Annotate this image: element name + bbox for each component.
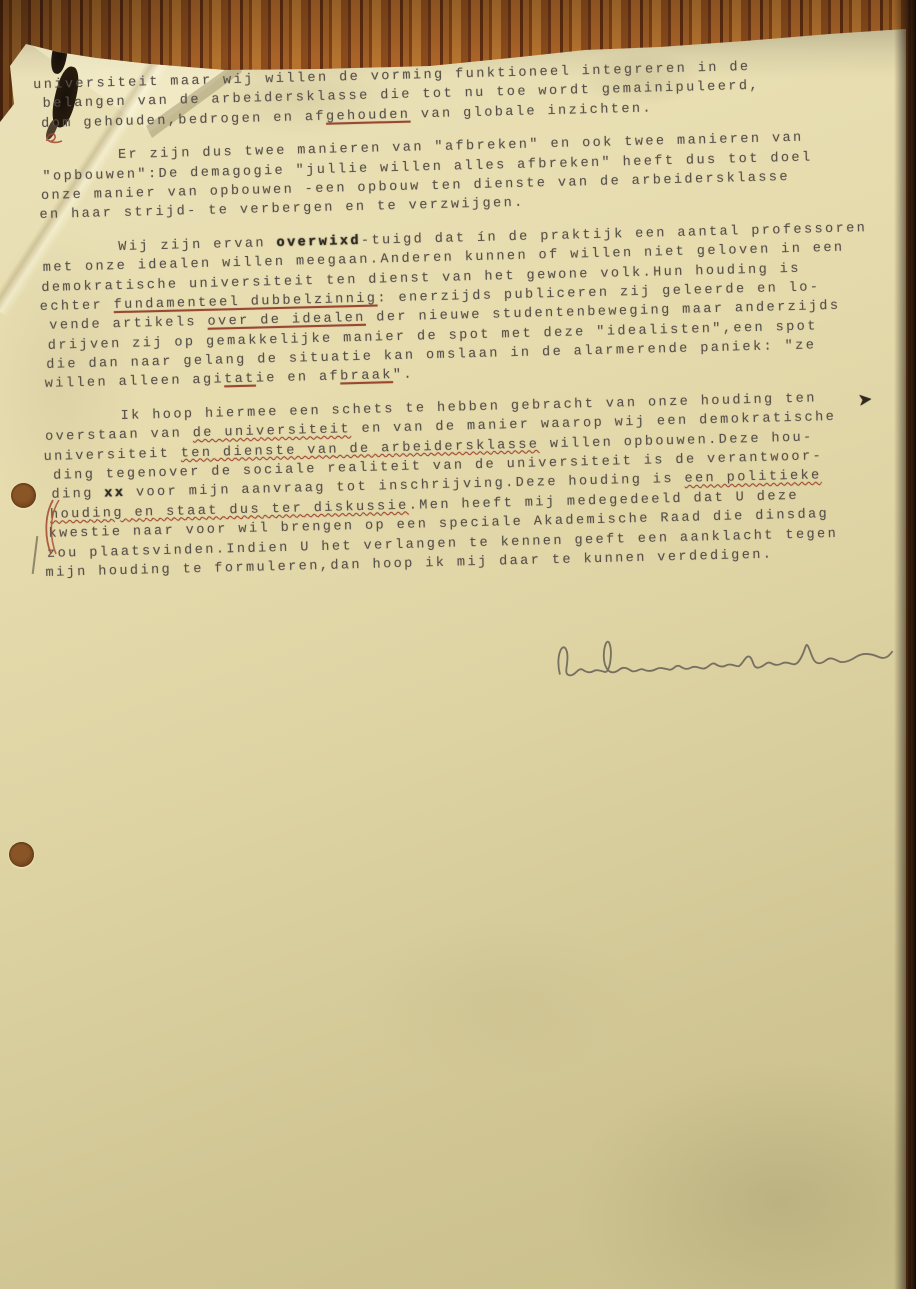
pencil-mark <box>32 536 39 574</box>
document-page: 7. universiteit maar wij willen de vormi… <box>0 0 916 1289</box>
arrow-annotation-icon: ➤ <box>857 389 873 410</box>
text-segment: een politieke <box>684 469 822 487</box>
signature <box>552 618 899 696</box>
paragraph: universiteit maar wij willen de vorming … <box>38 54 891 134</box>
scanned-letter-page: 7. universiteit maar wij willen de vormi… <box>0 0 916 1289</box>
text-segment: braak <box>340 369 393 385</box>
text-segment: gehouden <box>326 107 411 124</box>
paragraph: Ik hoop hiermee een schets te hebben geb… <box>46 387 902 583</box>
text-segment: de universiteit <box>193 422 352 441</box>
text-segment: ". <box>393 368 414 384</box>
paragraph: Wij zijn ervan overwixd-tuigd dat ín de … <box>42 218 898 395</box>
text-segment: echter <box>40 298 114 315</box>
hole-punch <box>9 842 34 867</box>
typewritten-text: universiteit maar wij willen de vorming … <box>38 54 903 597</box>
text-segment: overwixd <box>276 234 361 251</box>
text-segment: vende artikels <box>49 315 208 334</box>
text-segment: tat <box>224 372 256 388</box>
text-segment: Wij zijn ervan <box>118 236 277 255</box>
text-segment: overstaan van <box>45 426 193 445</box>
paragraph: Er zijn dus twee manieren van "afbreken"… <box>40 127 894 226</box>
hole-punch <box>11 483 36 508</box>
text-segment: dom gehouden,bedrogen en af <box>41 110 326 132</box>
text-segment: van globale inzichten. <box>410 101 653 122</box>
red-squiggle-mark <box>44 130 66 146</box>
red-margin-mark <box>40 498 64 556</box>
text-segment: over de idealen <box>207 311 366 330</box>
text-segment: universiteit <box>43 446 181 464</box>
text-segment: willen alleen agi <box>45 373 225 393</box>
text-segment: ie en af <box>256 370 341 387</box>
text-segment: xx <box>104 486 125 502</box>
